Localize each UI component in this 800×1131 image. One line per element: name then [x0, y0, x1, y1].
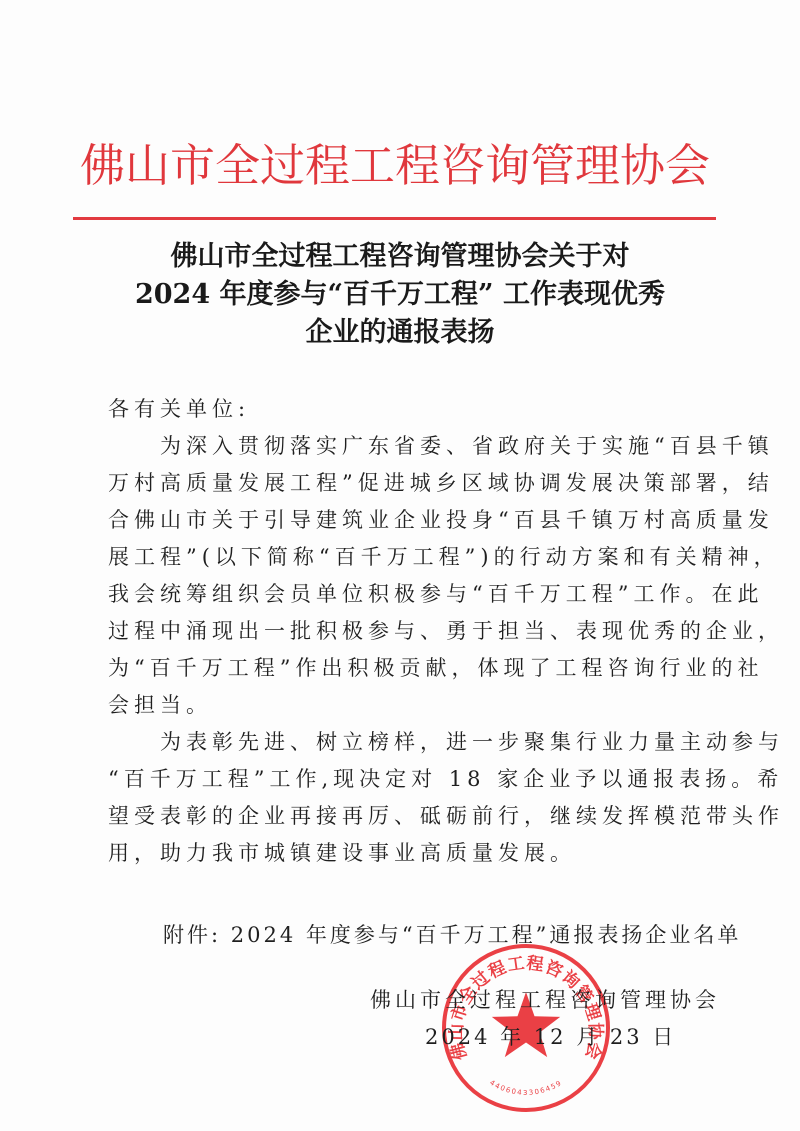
- document-body: 各有关单位: 为深入贯彻落实广东省委、省政府关于实施“百县千镇 万村高质量发展工…: [108, 391, 698, 872]
- paragraph-line: 万村高质量发展工程”促进城乡区域协调发展决策部署，结: [108, 465, 698, 502]
- signature-organization: 佛山市全过程工程咨询管理协会: [370, 982, 700, 1019]
- paragraph-line: 展工程”(以下简称“百千万工程”)的行动方案和有关精神，: [108, 539, 698, 576]
- seal-code: 4406043306459: [488, 1079, 564, 1097]
- paragraph-line: 望受表彰的企业再接再厉、砥砺前行，继续发挥模范带头作: [108, 798, 698, 835]
- document-title: 佛山市全过程工程咨询管理协会关于对 2024 年度参与“百千万工程” 工作表现优…: [60, 238, 740, 352]
- paragraph-line: 合佛山市关于引导建筑业企业投身“百县千镇万村高质量发: [108, 502, 698, 539]
- paragraph-line: 用，助力我市城镇建设事业高质量发展。: [108, 835, 698, 872]
- paragraph-line: 为“百千万工程”作出积极贡献，体现了工程咨询行业的社: [108, 650, 698, 687]
- signature-block: 佛山市全过程工程咨询管理协会 2024 年 12 月 23 日: [370, 982, 700, 1056]
- paragraph-1: 为深入贯彻落实广东省委、省政府关于实施“百县千镇 万村高质量发展工程”促进城乡区…: [108, 428, 698, 724]
- document-title-line-3: 企业的通报表扬: [60, 314, 740, 352]
- signature-date: 2024 年 12 月 23 日: [370, 1019, 700, 1056]
- document-title-line-2: 2024 年度参与“百千万工程” 工作表现优秀: [60, 276, 740, 314]
- paragraph-line: 过程中涌现出一批积极参与、勇于担当、表现优秀的企业，: [108, 613, 698, 650]
- paragraph-line: 为表彰先进、树立榜样，进一步聚集行业力量主动参与: [108, 724, 698, 761]
- svg-text:4406043306459: 4406043306459: [488, 1079, 564, 1097]
- salutation: 各有关单位:: [108, 391, 698, 428]
- document-title-line-1: 佛山市全过程工程咨询管理协会关于对: [60, 238, 740, 276]
- paragraph-line: “百千万工程”工作,现决定对 18 家企业予以通报表扬。希: [108, 761, 698, 798]
- document-page: 佛山市全过程工程咨询管理协会 佛山市全过程工程咨询管理协会关于对 2024 年度…: [0, 0, 800, 1131]
- paragraph-line: 我会统筹组织会员单位积极参与“百千万工程”工作。在此: [108, 576, 698, 613]
- paragraph-line: 为深入贯彻落实广东省委、省政府关于实施“百县千镇: [108, 428, 698, 465]
- letterhead-title: 佛山市全过程工程咨询管理协会: [80, 138, 720, 194]
- paragraph-2: 为表彰先进、树立榜样，进一步聚集行业力量主动参与 “百千万工程”工作,现决定对 …: [108, 724, 698, 872]
- paragraph-line: 会担当。: [108, 687, 698, 724]
- letterhead-red-rule: [73, 217, 716, 220]
